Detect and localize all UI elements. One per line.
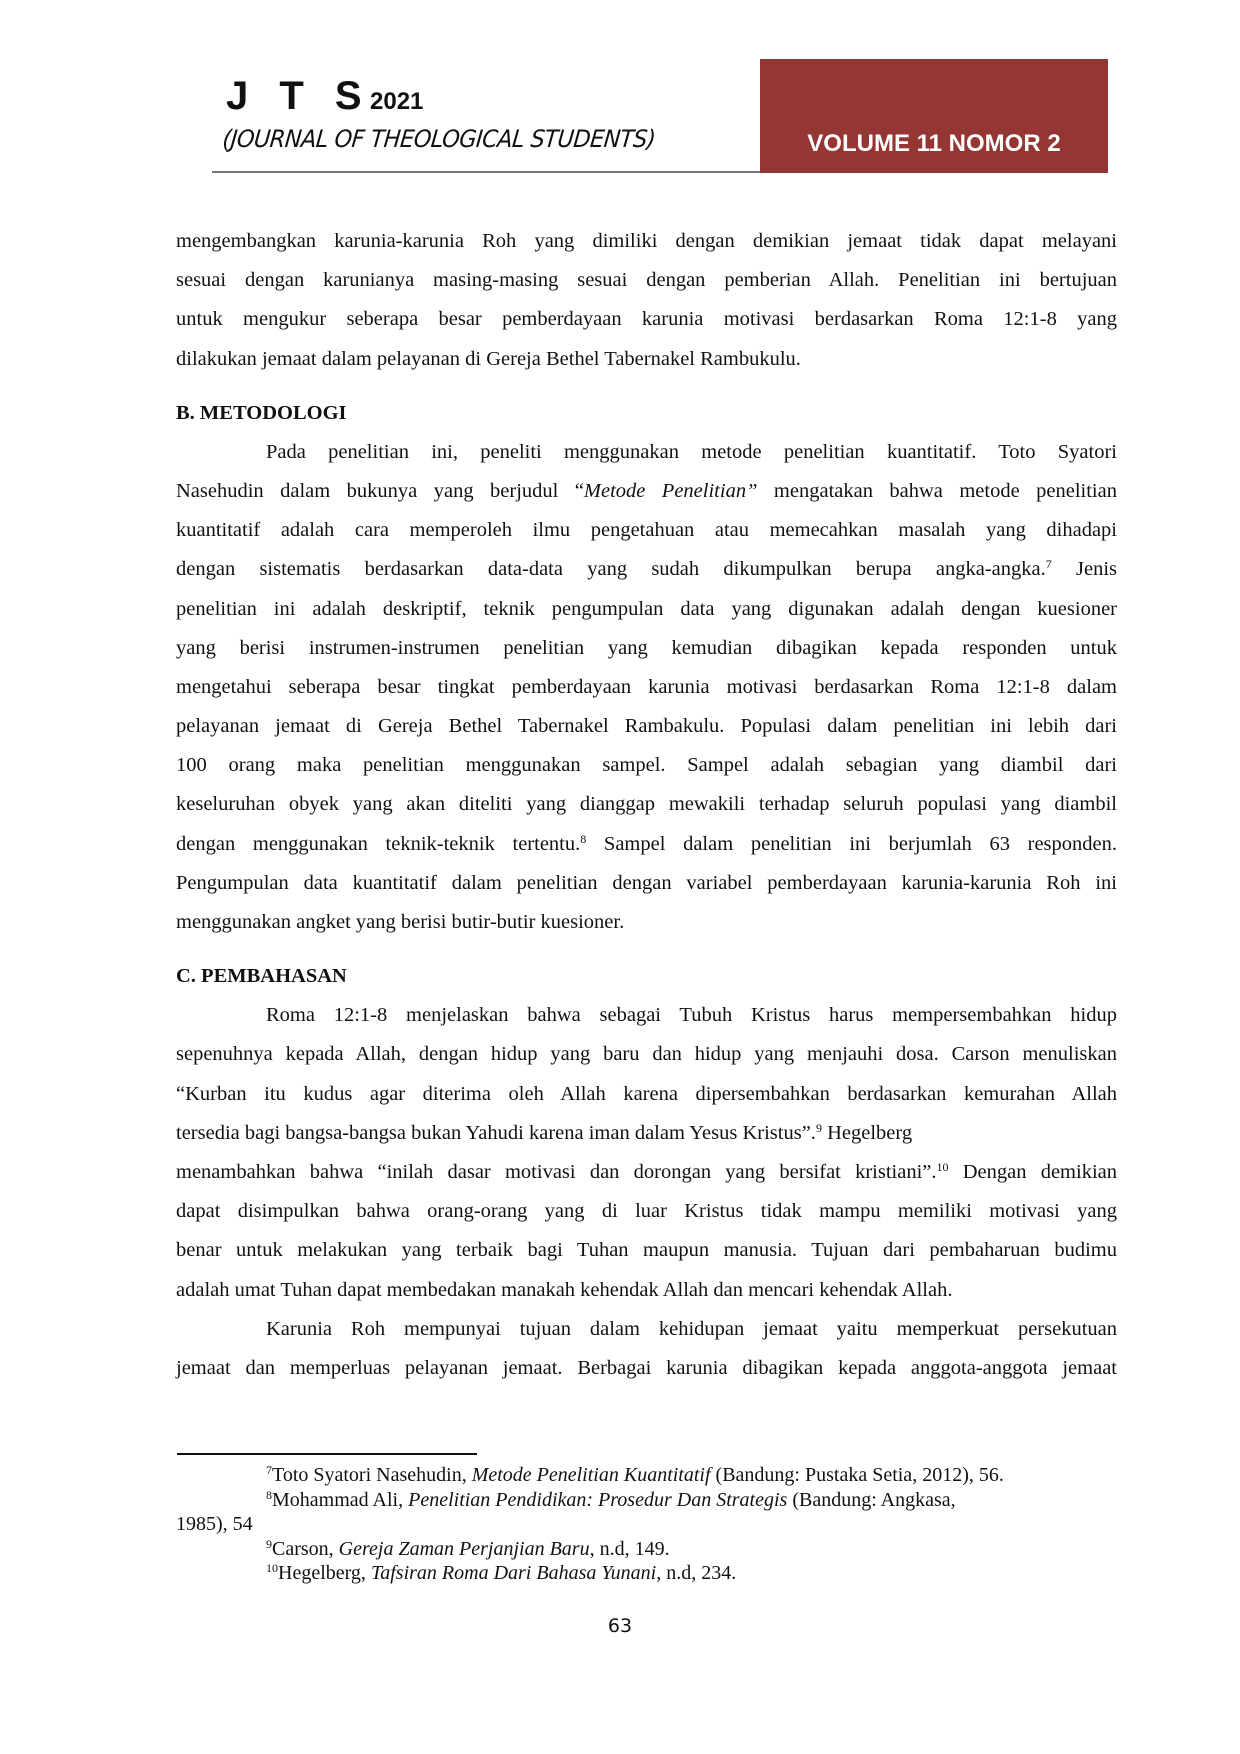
section-heading-metodologi: B. METODOLOGI <box>176 394 1117 433</box>
text-line: mengetahui seberapa besar tingkat pember… <box>176 668 1117 707</box>
text-line: tersedia bagi bangsa-bangsa bukan Yahudi… <box>176 1114 1117 1153</box>
pembahasan-paragraph-2: Karunia Roh mempunyai tujuan dalam kehid… <box>176 1310 1117 1388</box>
footnote-ref[interactable]: 10 <box>937 1160 949 1174</box>
text-line: menambahkan bahwa “inilah dasar motivasi… <box>176 1153 1117 1192</box>
pembahasan-paragraph-1: Roma 12:1-8 menjelaskan bahwa sebagai Tu… <box>176 996 1117 1310</box>
footnote-8: 8Mohammad Ali, Penelitian Pendidikan: Pr… <box>176 1488 1117 1513</box>
text-line: Roma 12:1-8 menjelaskan bahwa sebagai Tu… <box>176 996 1117 1035</box>
footnote-7: 7Toto Syatori Nasehudin, Metode Peneliti… <box>176 1463 1117 1488</box>
footnote-8-continuation: 1985), 54 <box>176 1512 1117 1537</box>
volume-label: VOLUME 11 NOMOR 2 <box>760 132 1108 156</box>
book-title: Metode Penelitian” <box>584 480 758 502</box>
text-line: sesuai dengan karunianya masing-masing s… <box>176 261 1117 300</box>
footnotes: 7Toto Syatori Nasehudin, Metode Peneliti… <box>176 1463 1117 1586</box>
text-line: benar untuk melakukan yang terbaik bagi … <box>176 1231 1117 1270</box>
text-line: dapat disimpulkan bahwa orang-orang yang… <box>176 1192 1117 1231</box>
text-line: untuk mengukur seberapa besar pemberdaya… <box>176 300 1117 339</box>
text-line: Pada penelitian ini, peneliti menggunaka… <box>176 433 1117 472</box>
text-line: sepenuhnya kepada Allah, dengan hidup ya… <box>176 1035 1117 1074</box>
footnote-10: 10Hegelberg, Tafsiran Roma Dari Bahasa Y… <box>176 1561 1117 1586</box>
text-line: dengan sistematis berdasarkan data-data … <box>176 550 1117 589</box>
text-line: dengan menggunakan teknik-teknik tertent… <box>176 825 1117 864</box>
header-rule <box>212 171 760 173</box>
text-line: jemaat dan memperluas pelayanan jemaat. … <box>176 1349 1117 1388</box>
text-line: “Kurban itu kudus agar diterima oleh All… <box>176 1075 1117 1114</box>
footnote-9: 9Carson, Gereja Zaman Perjanjian Baru, n… <box>176 1537 1117 1562</box>
text-line: yang berisi instrumen-instrumen peneliti… <box>176 629 1117 668</box>
document-page: J T S 2021 (JOURNAL OF THEOLOGICAL STUDE… <box>0 0 1240 1754</box>
footnote-separator <box>177 1453 477 1455</box>
text-line: pelayanan jemaat di Gereja Bethel Tabern… <box>176 707 1117 746</box>
journal-abbreviation: J T S <box>226 76 372 116</box>
journal-full-name: (JOURNAL OF THEOLOGICAL STUDENTS) <box>221 125 656 154</box>
text-line: mengembangkan karunia-karunia Roh yang d… <box>176 222 1117 261</box>
page-number: 63 <box>0 1615 1240 1637</box>
body-text: mengembangkan karunia-karunia Roh yang d… <box>176 222 1117 1388</box>
text-line: kuantitatif adalah cara memperoleh ilmu … <box>176 511 1117 550</box>
text-line: 100 orang maka penelitian menggunakan sa… <box>176 746 1117 785</box>
text-line: keseluruhan obyek yang akan diteliti yan… <box>176 785 1117 824</box>
text-line: Karunia Roh mempunyai tujuan dalam kehid… <box>176 1310 1117 1349</box>
section-heading-pembahasan: C. PEMBAHASAN <box>176 957 1117 996</box>
text-line: dilakukan jemaat dalam pelayanan di Gere… <box>176 340 1117 379</box>
intro-paragraph: mengembangkan karunia-karunia Roh yang d… <box>176 222 1117 379</box>
text-line: penelitian ini adalah deskriptif, teknik… <box>176 590 1117 629</box>
text-line: Pengumpulan data kuantitatif dalam penel… <box>176 864 1117 903</box>
text-line: menggunakan angket yang berisi butir-but… <box>176 903 1117 942</box>
journal-year: 2021 <box>370 90 423 114</box>
metodologi-paragraph: Pada penelitian ini, peneliti menggunaka… <box>176 433 1117 942</box>
text-line: Nasehudin dalam bukunya yang berjudul “M… <box>176 472 1117 511</box>
text-line: adalah umat Tuhan dapat membedakan manak… <box>176 1271 1117 1310</box>
